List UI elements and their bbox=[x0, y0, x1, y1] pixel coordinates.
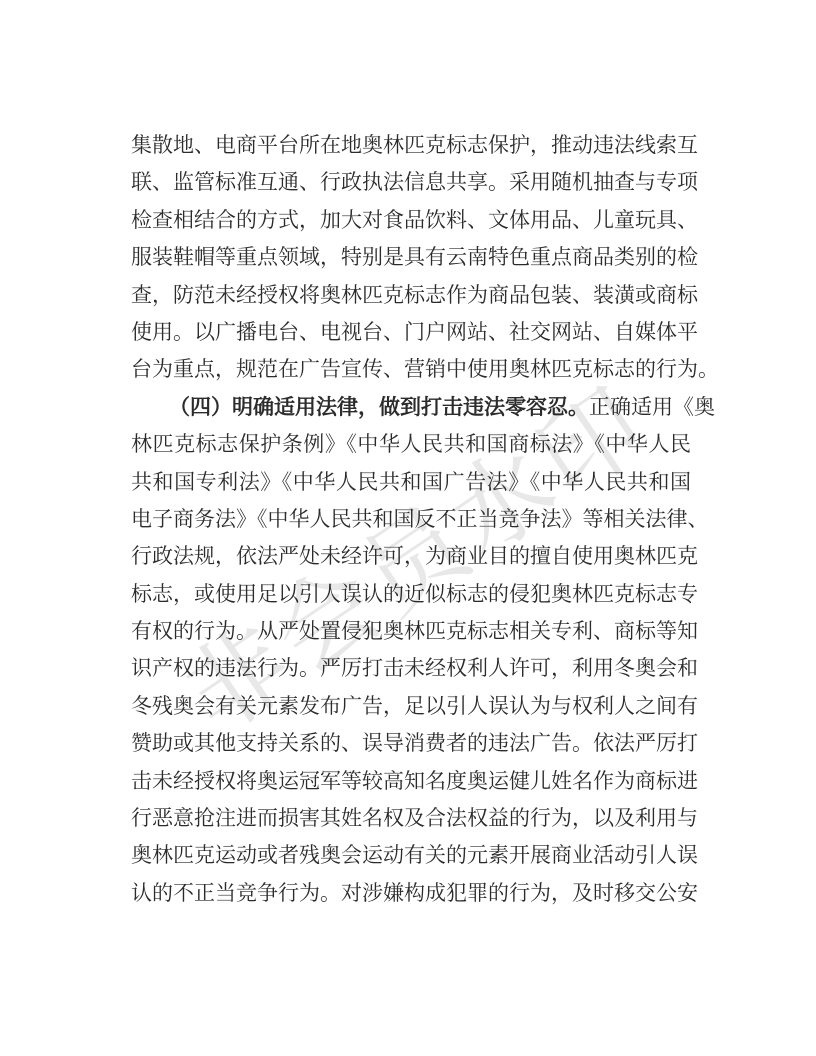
document-text-block: 集散地、电商平台所在地奥林匹克标志保护，推动违法线索互 联、监管标准互通、行政执… bbox=[131, 127, 691, 912]
section-heading-line: （四）明确适用法律，做到打击违法零容忍。正确适用《奥 bbox=[131, 389, 691, 426]
section-heading-bold: （四）明确适用法律，做到打击违法零容忍。 bbox=[169, 395, 589, 419]
text-line: 识产权的违法行为。严厉打击未经权利人许可，利用冬奥会和 bbox=[131, 650, 691, 687]
text-line: 林匹克标志保护条例》《中华人民共和国商标法》《中华人民 bbox=[131, 426, 691, 463]
text-line: 台为重点，规范在广告宣传、营销中使用奥林匹克标志的行为。 bbox=[131, 351, 691, 388]
text-line: 冬残奥会有关元素发布广告，足以引人误认为与权利人之间有 bbox=[131, 688, 691, 725]
text-line: 联、监管标准互通、行政执法信息共享。采用随机抽查与专项 bbox=[131, 164, 691, 201]
text-line: 标志，或使用足以引人误认的近似标志的侵犯奥林匹克标志专 bbox=[131, 576, 691, 613]
text-line: 共和国专利法》《中华人民共和国广告法》《中华人民共和国 bbox=[131, 464, 691, 501]
section-heading-rest: 正确适用《奥 bbox=[589, 395, 715, 419]
text-line: 检查相结合的方式，加大对食品饮料、文体用品、儿童玩具、 bbox=[131, 202, 691, 239]
text-line: 集散地、电商平台所在地奥林匹克标志保护，推动违法线索互 bbox=[131, 127, 691, 164]
text-line: 行政法规，依法严处未经许可，为商业目的擅自使用奥林匹克 bbox=[131, 538, 691, 575]
text-line: 使用。以广播电台、电视台、门户网站、社交网站、自媒体平 bbox=[131, 314, 691, 351]
text-line: 查，防范未经授权将奥林匹克标志作为商品包装、装潢或商标 bbox=[131, 277, 691, 314]
text-line: 赞助或其他支持关系的、误导消费者的违法广告。依法严厉打 bbox=[131, 725, 691, 762]
text-line: 认的不正当竞争行为。对涉嫌构成犯罪的行为，及时移交公安 bbox=[131, 875, 691, 912]
document-page: 非会员水印 集散地、电商平台所在地奥林匹克标志保护，推动违法线索互 联、监管标准… bbox=[0, 0, 816, 1056]
text-line: 击未经授权将奥运冠军等较高知名度奥运健儿姓名作为商标进 bbox=[131, 763, 691, 800]
text-line: 电子商务法》《中华人民共和国反不正当竞争法》等相关法律、 bbox=[131, 501, 691, 538]
text-line: 有权的行为。从严处置侵犯奥林匹克标志相关专利、商标等知 bbox=[131, 613, 691, 650]
text-line: 奥林匹克运动或者残奥会运动有关的元素开展商业活动引人误 bbox=[131, 837, 691, 874]
text-line: 行恶意抢注进而损害其姓名权及合法权益的行为，以及利用与 bbox=[131, 800, 691, 837]
text-line: 服装鞋帽等重点领域，特别是具有云南特色重点商品类别的检 bbox=[131, 239, 691, 276]
